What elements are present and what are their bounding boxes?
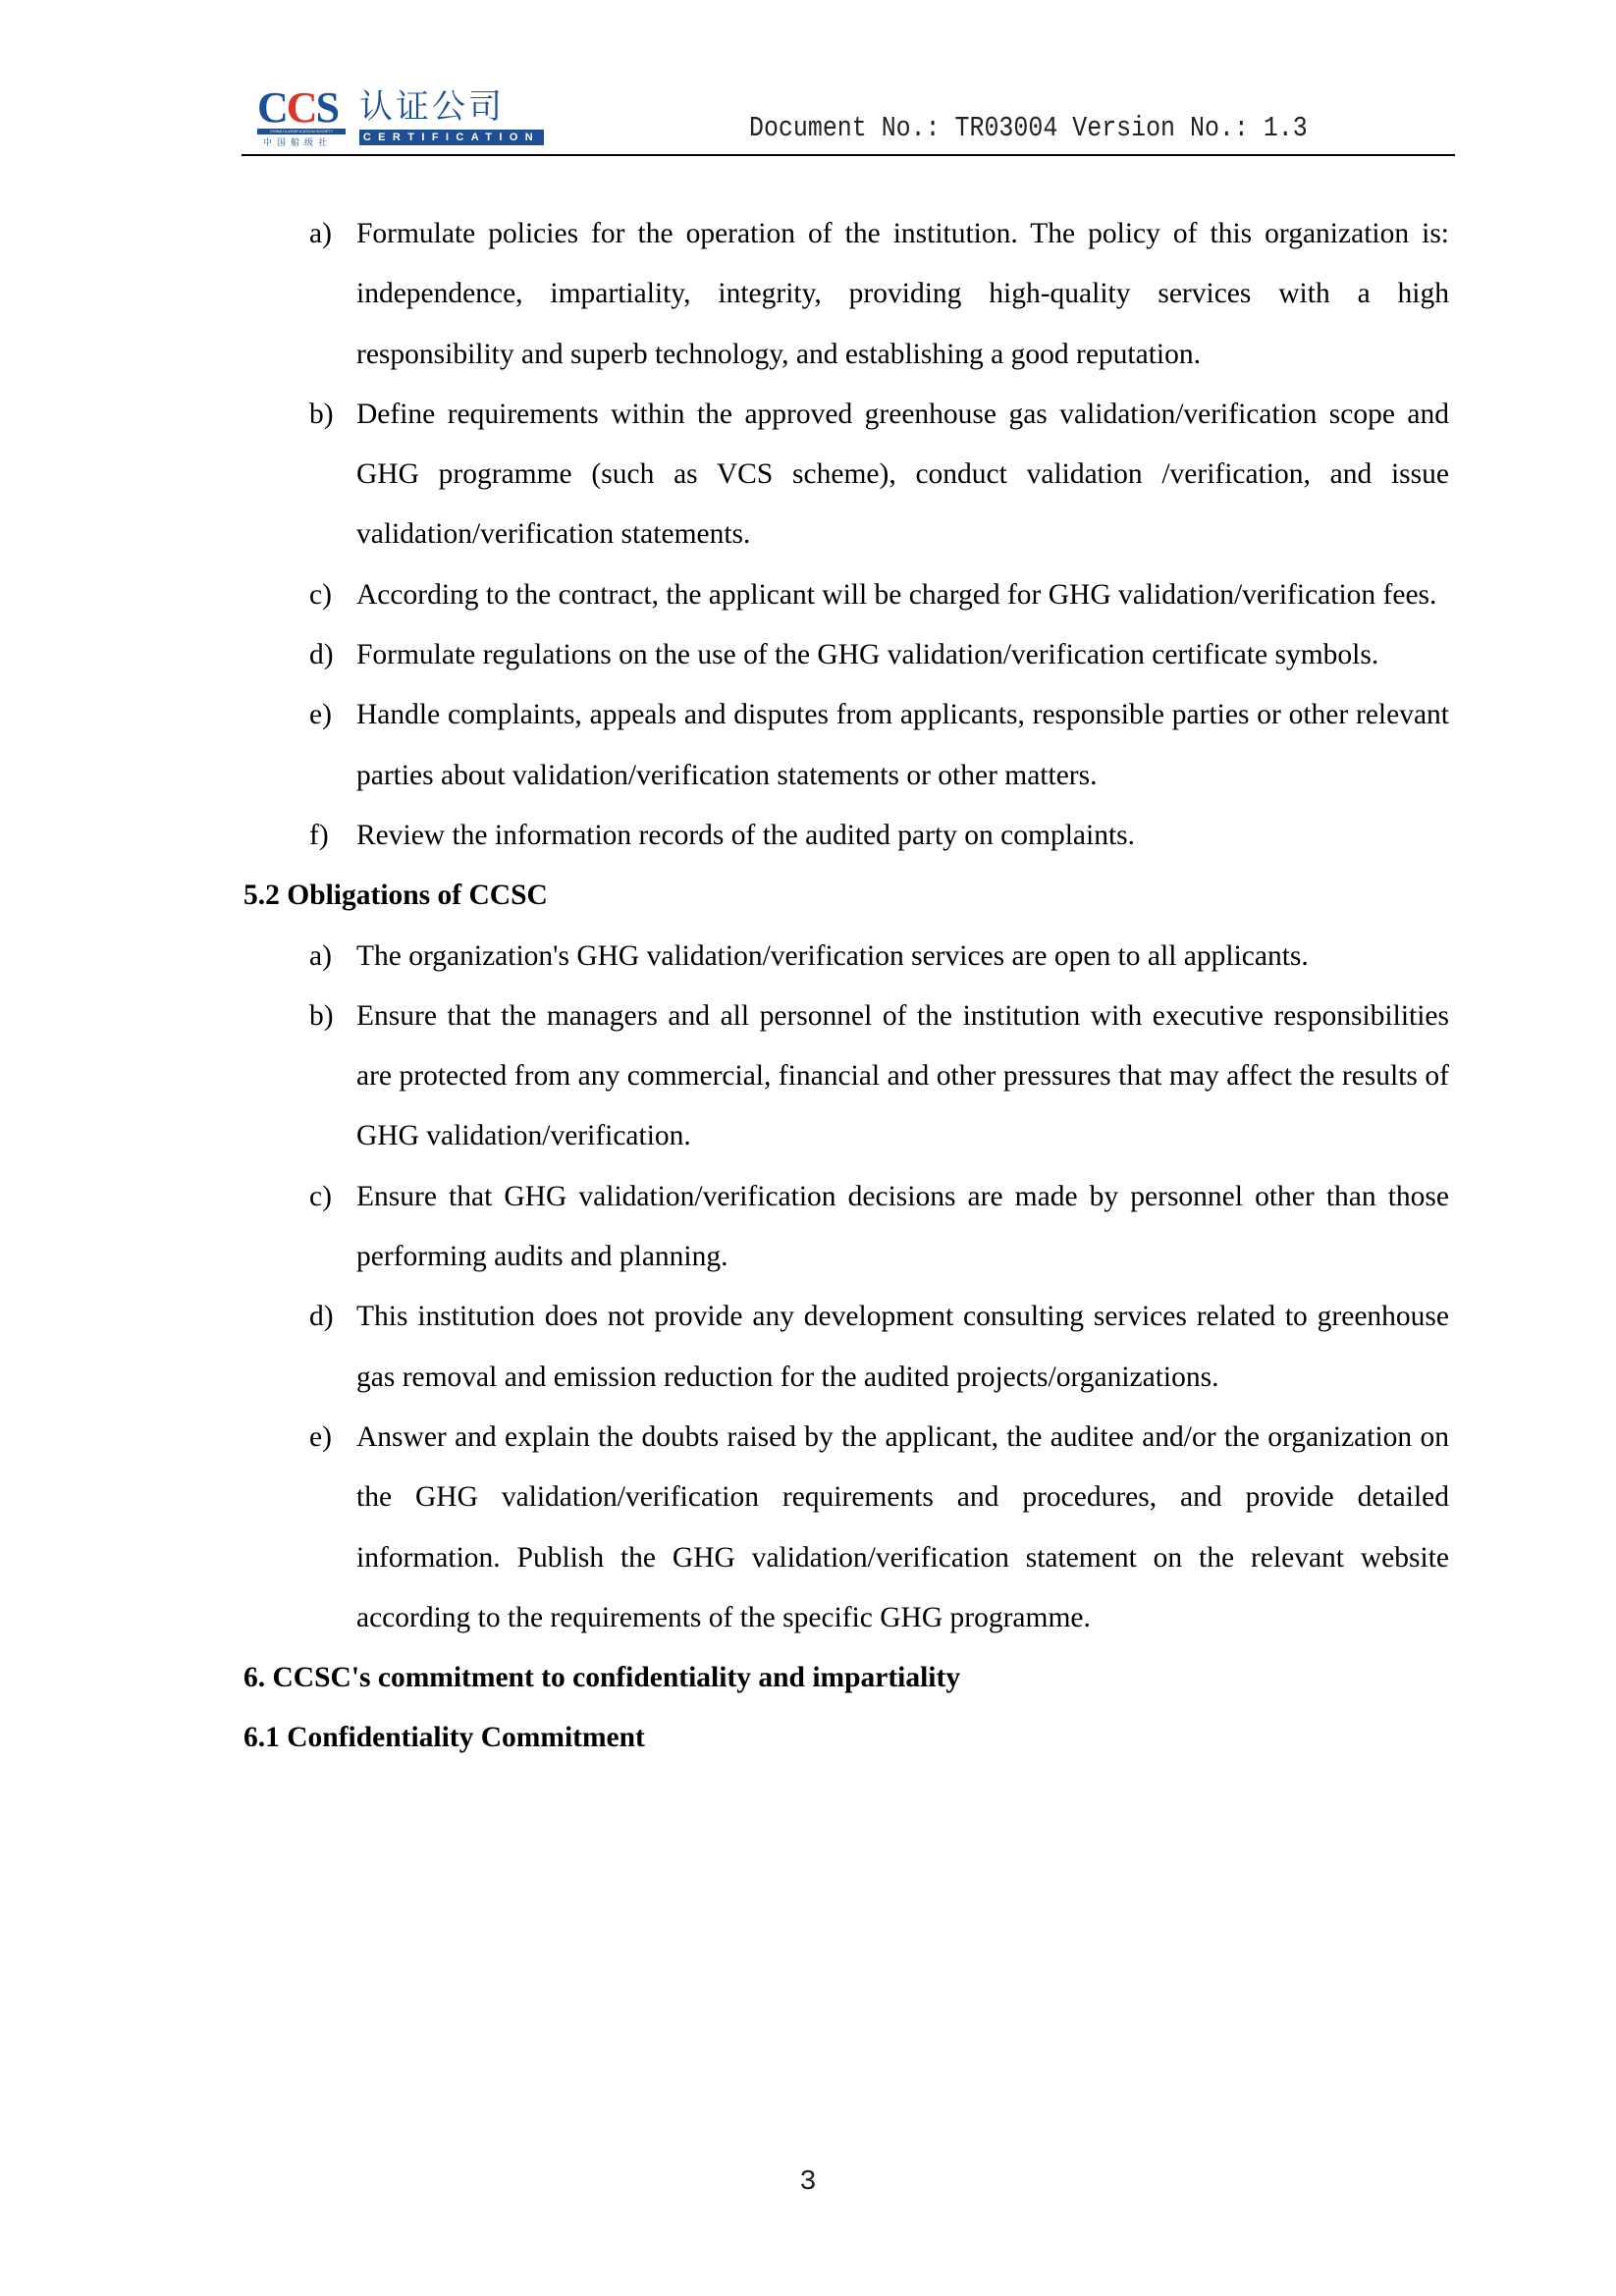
list-item: e) Handle complaints, appeals and disput… [243, 685, 1449, 806]
list-item-label: d) [309, 1287, 334, 1347]
list-item-label: f) [309, 806, 329, 866]
list-item: f) Review the information records of the… [243, 806, 1449, 866]
list-item-label: b) [309, 385, 334, 445]
logo-chinese-subtitle: 中国船级社 [263, 135, 332, 148]
list-item-text: Ensure that the managers and all personn… [356, 1000, 1449, 1152]
list-item-label: c) [309, 565, 332, 625]
list-item: c) According to the contract, the applic… [243, 565, 1449, 625]
list-item-label: c) [309, 1167, 332, 1227]
list-item: d) This institution does not provide any… [243, 1287, 1449, 1408]
logo-certification-banner: CERTIFICATION [359, 130, 544, 145]
list-item-text: Define requirements within the approved … [356, 399, 1449, 551]
list-item-label: e) [309, 1408, 332, 1468]
document-page: CCS CHINA CLASSIFICATION SOCIETY 中国船级社 认… [0, 0, 1616, 2296]
logo-society-banner: CHINA CLASSIFICATION SOCIETY [257, 129, 346, 134]
list-item-label: a) [309, 204, 332, 264]
list-item: c) Ensure that GHG validation/verificati… [243, 1167, 1449, 1288]
list-item-label: e) [309, 685, 332, 745]
logo-chinese-title: 认证公司 [359, 88, 505, 126]
section-heading-5-2: 5.2 Obligations of CCSC [243, 866, 1449, 926]
logo-ccs-mark: CCS [257, 86, 338, 130]
section-heading-6-1: 6.1 Confidentiality Commitment [243, 1708, 1449, 1768]
list-item-label: a) [309, 927, 332, 987]
list-item-text: Formulate regulations on the use of the … [356, 639, 1378, 670]
header-divider [242, 154, 1455, 156]
list-item: b) Define requirements within the approv… [243, 385, 1449, 565]
list-item-label: d) [309, 625, 334, 685]
list-item-text: Ensure that GHG validation/verification … [356, 1181, 1449, 1272]
list-item-text: Answer and explain the doubts raised by … [356, 1421, 1449, 1633]
list-item-label: b) [309, 987, 334, 1046]
list-item-text: This institution does not provide any de… [356, 1301, 1449, 1392]
section-heading-6: 6. CCSC's commitment to confidentiality … [243, 1648, 1449, 1708]
list-item-text: Review the information records of the au… [356, 820, 1135, 851]
document-body: a) Formulate policies for the operation … [243, 204, 1449, 1769]
document-number-version: Document No.: TR03004 Version No.: 1.3 [749, 111, 1308, 146]
ccs-certification-logo: CCS CHINA CLASSIFICATION SOCIETY 中国船级社 认… [243, 86, 544, 147]
list-item-text: The organization's GHG validation/verifi… [356, 940, 1309, 972]
section-5-2-list: a) The organization's GHG validation/ver… [243, 927, 1449, 1649]
list-item-text: According to the contract, the applicant… [356, 579, 1436, 611]
section-5-1-list: a) Formulate policies for the operation … [243, 204, 1449, 866]
list-item: b) Ensure that the managers and all pers… [243, 987, 1449, 1167]
list-item: a) Formulate policies for the operation … [243, 204, 1449, 385]
list-item: d) Formulate regulations on the use of t… [243, 625, 1449, 685]
page-number: 3 [0, 2165, 1616, 2198]
list-item-text: Formulate policies for the operation of … [356, 218, 1449, 370]
list-item-text: Handle complaints, appeals and disputes … [356, 699, 1449, 790]
list-item: a) The organization's GHG validation/ver… [243, 927, 1449, 987]
list-item: e) Answer and explain the doubts raised … [243, 1408, 1449, 1648]
